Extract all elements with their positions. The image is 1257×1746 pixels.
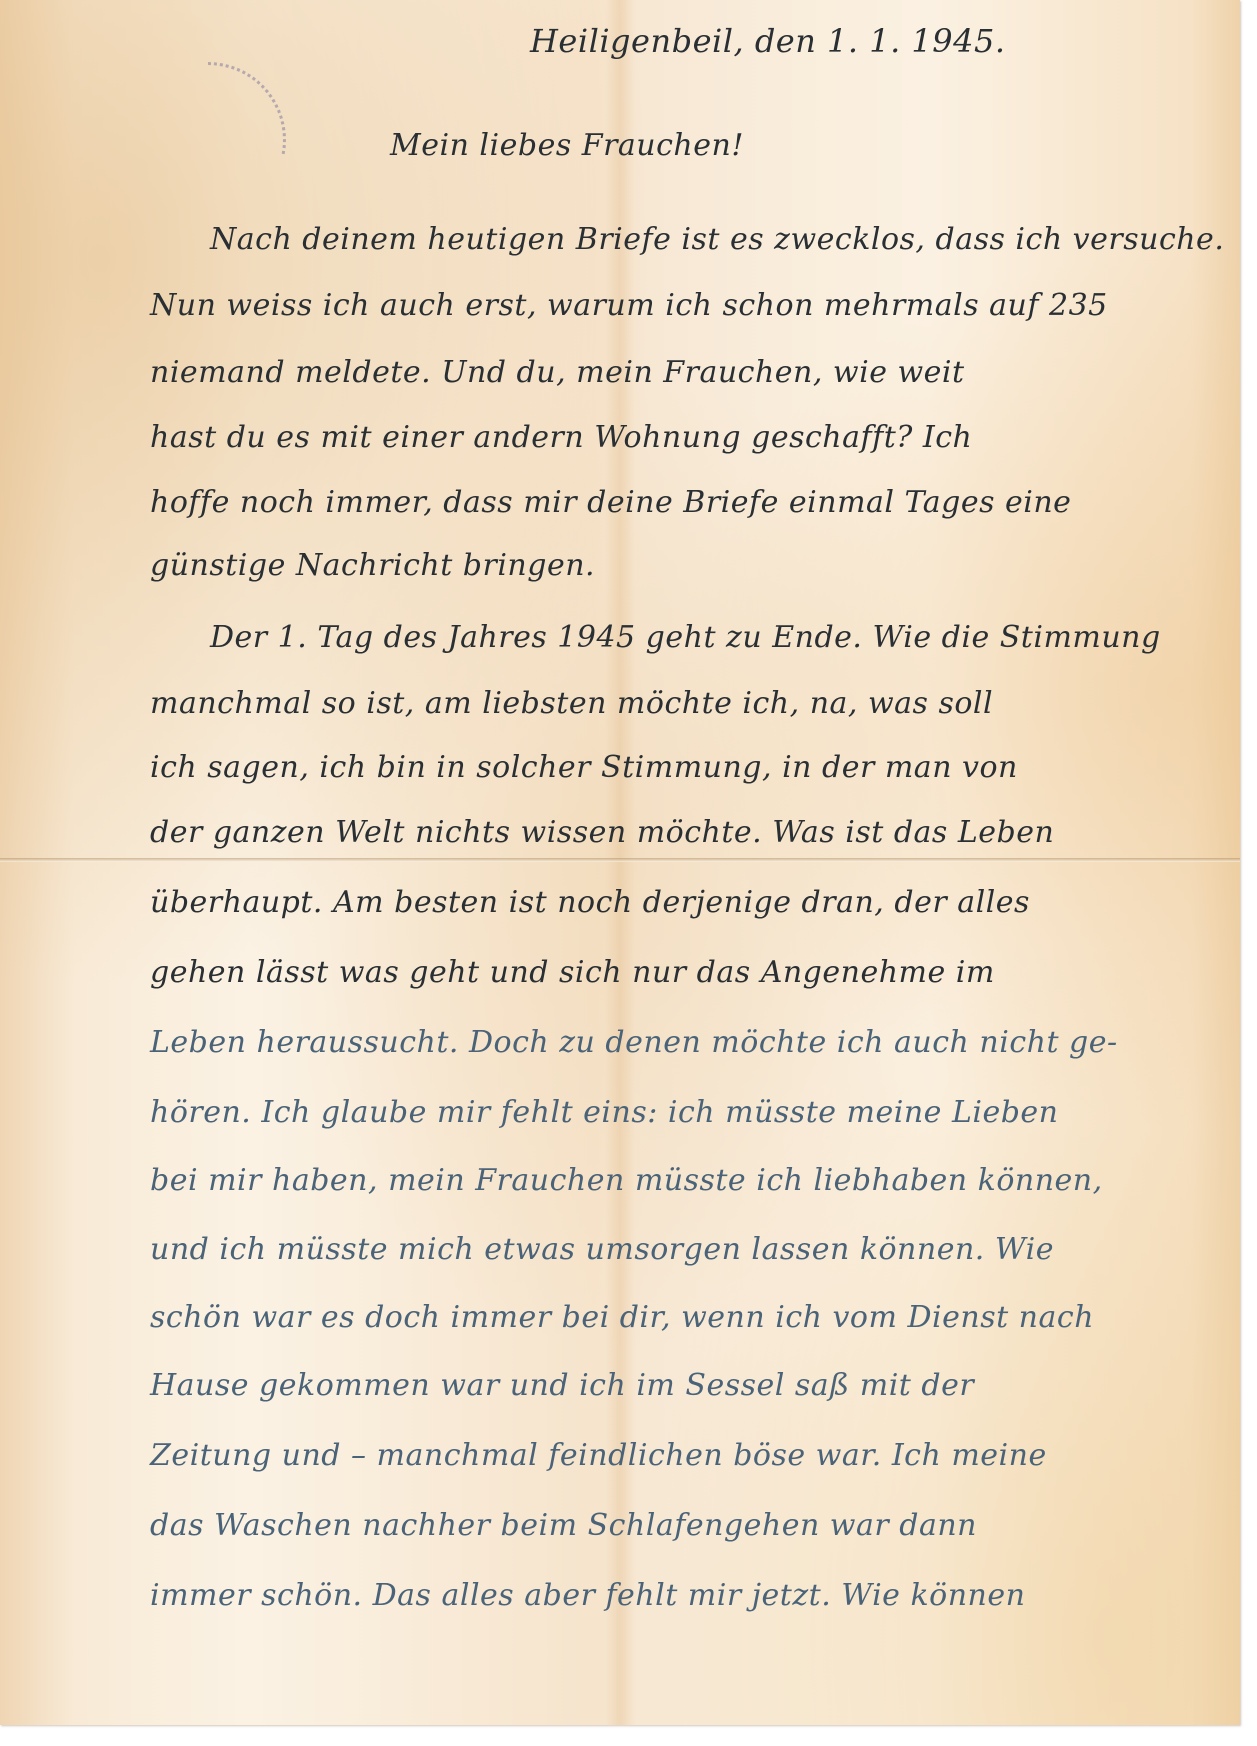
header-date-prefix: den xyxy=(755,22,817,60)
letter-line: manchmal so ist, am liebsten möchte ich,… xyxy=(150,686,993,721)
letter-line: Hause gekommen war und ich im Sessel saß… xyxy=(150,1368,974,1403)
horizontal-fold-crease xyxy=(0,858,1240,862)
letter-line: ich sagen, ich bin in solcher Stimmung, … xyxy=(150,750,1018,785)
letter-line: niemand meldete. Und du, mein Frauchen, … xyxy=(150,355,965,390)
letter-line: Der 1. Tag des Jahres 1945 geht zu Ende.… xyxy=(210,620,1161,655)
letter-line: schön war es doch immer bei dir, wenn ic… xyxy=(150,1300,1094,1335)
letter-line: Leben heraussucht. Doch zu denen möchte … xyxy=(150,1025,1118,1060)
letter-line: hast du es mit einer andern Wohnung gesc… xyxy=(150,420,972,455)
letter-line: günstige Nachricht bringen. xyxy=(150,548,595,583)
letter-line: hoffe noch immer, dass mir deine Briefe … xyxy=(150,485,1071,520)
letter-line: Zeitung und – manchmal feindlichen böse … xyxy=(150,1438,1047,1473)
letter-paper: Heiligenbeil, den 1. 1. 1945. Mein liebe… xyxy=(0,0,1240,1725)
letter-line: bei mir haben, mein Frauchen müsste ich … xyxy=(150,1163,1103,1198)
letter-line: immer schön. Das alles aber fehlt mir je… xyxy=(150,1578,1025,1613)
letter-line: hören. Ich glaube mir fehlt eins: ich mü… xyxy=(150,1095,1059,1130)
letter-header: Heiligenbeil, den 1. 1. 1945. xyxy=(530,22,1006,60)
letter-line: und ich müsste mich etwas umsorgen lasse… xyxy=(150,1232,1054,1267)
salutation: Mein liebes Frauchen! xyxy=(390,128,744,163)
letter-line: Nun weiss ich auch erst, warum ich schon… xyxy=(150,288,1108,323)
header-date: 1. 1. 1945. xyxy=(827,22,1006,60)
header-place: Heiligenbeil xyxy=(530,22,733,60)
faded-postmark-stamp xyxy=(130,62,286,218)
letter-line: der ganzen Welt nichts wissen möchte. Wa… xyxy=(150,815,1054,850)
letter-line: gehen lässt was geht und sich nur das An… xyxy=(150,955,995,990)
letter-line: Nach deinem heutigen Briefe ist es zweck… xyxy=(210,222,1224,257)
letter-line: das Waschen nachher beim Schlafengehen w… xyxy=(150,1508,977,1543)
letter-line: überhaupt. Am besten ist noch derjenige … xyxy=(150,885,1030,920)
